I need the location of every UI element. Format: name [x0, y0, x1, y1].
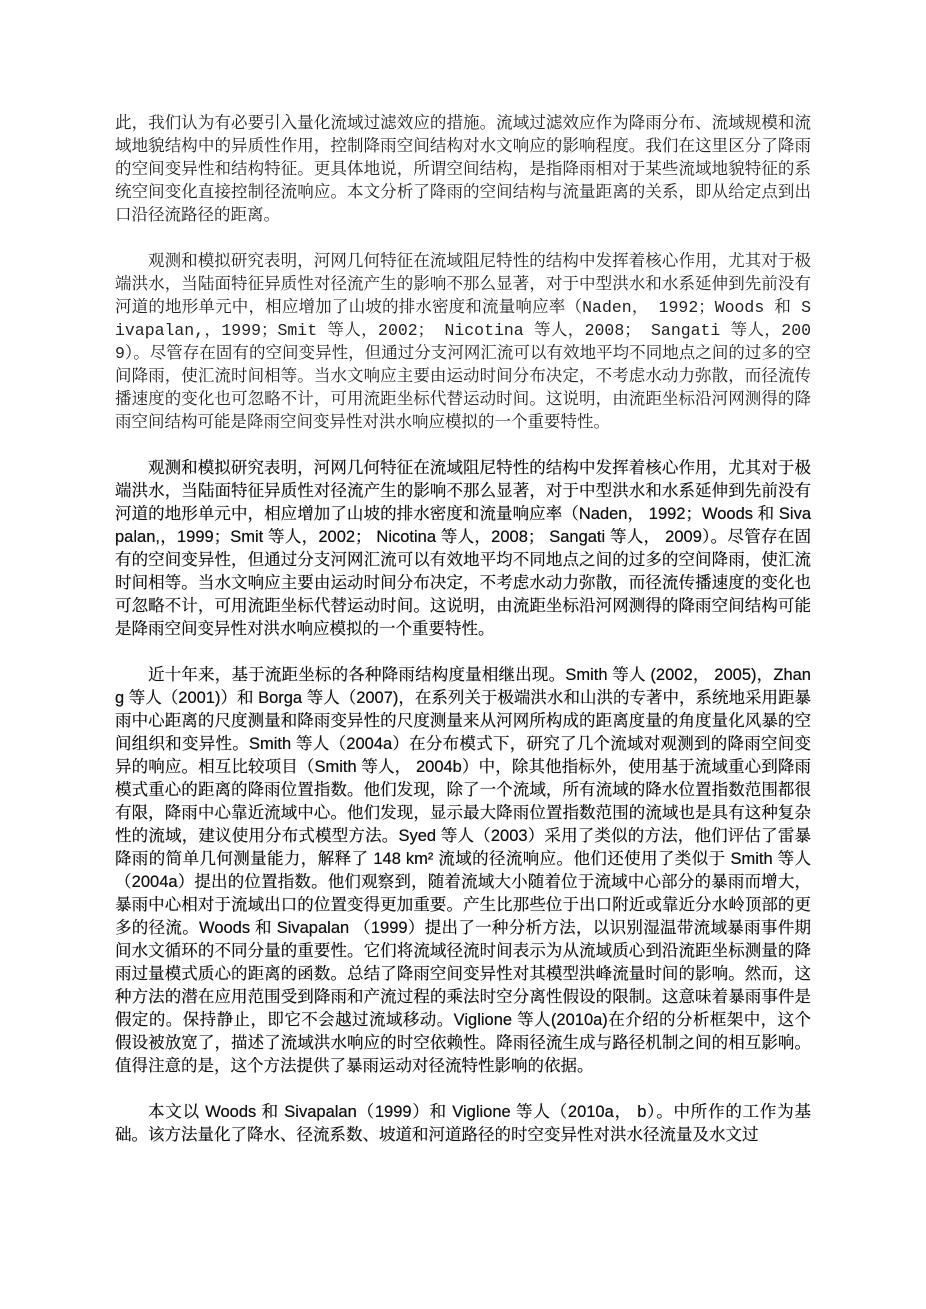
- paragraph-3: 观测和模拟研究表明，河网几何特征在流域阻尼特性的结构中发挥着核心作用，尤其对于极…: [115, 457, 811, 641]
- paragraph-5: 本文以 Woods 和 Sivapalan（1999）和 Viglione 等人…: [115, 1101, 811, 1147]
- paragraph-2: 观测和模拟研究表明，河网几何特征在流域阻尼特性的结构中发挥着核心作用，尤其对于极…: [115, 250, 811, 434]
- document-page: 此，我们认为有必要引入量化流域过滤效应的措施。流域过滤效应作为降雨分布、流域规模…: [0, 0, 926, 1309]
- paragraph-4: 近十年来，基于流距坐标的各种降雨结构度量相继出现。Smith 等人 (2002，…: [115, 664, 811, 1078]
- paragraph-1: 此，我们认为有必要引入量化流域过滤效应的措施。流域过滤效应作为降雨分布、流域规模…: [115, 112, 811, 227]
